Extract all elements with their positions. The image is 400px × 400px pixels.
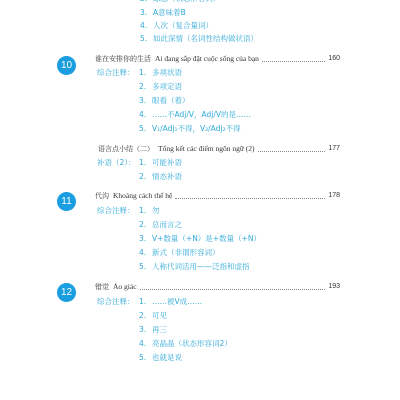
- page-number: 178: [328, 191, 340, 201]
- notes-label: 综合注释：: [97, 206, 135, 216]
- note-item: 1.多项状语: [139, 68, 182, 78]
- leader-dots: [140, 288, 326, 290]
- notes-label: 补语（2）：: [97, 158, 136, 168]
- prev-note-item: 5.如此深情（名词性结构做状语）: [140, 34, 258, 44]
- lesson-number-badge: 11: [57, 192, 76, 211]
- lesson-title-vi: Khoảng cách thế hệ: [113, 191, 172, 201]
- note-item: 3.V+数量（+N）是+数量（+N）: [139, 234, 261, 244]
- note-item: 4.新式（非谓形容词）: [139, 248, 220, 258]
- prev-note-item: 3.A意味着B: [140, 8, 186, 18]
- prev-note-item: 2.绿悠（状态形容词）: [140, 0, 221, 4]
- note-item: 1.……被V成……: [139, 297, 202, 307]
- lesson-title-vi: Ai đang sắp đặt cuộc sống của bạn: [155, 54, 259, 64]
- page-number: 193: [328, 282, 340, 292]
- lesson-title-zh: 代沟: [95, 191, 109, 201]
- toc-entry-lesson-10[interactable]: 谁在安排你的生活 Ai đang sắp đặt cuộc sống của b…: [95, 54, 340, 64]
- page-number: 160: [328, 54, 340, 64]
- note-item: 1.可能补语: [139, 158, 182, 168]
- lesson-title-zh: 谁在安排你的生活: [95, 54, 151, 64]
- lesson-title-vi: Ảo giác: [113, 282, 137, 292]
- note-item: 2.可见: [139, 311, 167, 321]
- lesson-title-zh: 错觉: [95, 282, 109, 292]
- summary-title-zh: 语言点小结（二）: [98, 144, 154, 154]
- note-item: 5.也就是说: [139, 353, 182, 363]
- lesson-number-badge: 12: [57, 283, 76, 302]
- note-item: 2.情态补语: [139, 172, 182, 182]
- lesson-number-badge: 10: [57, 56, 76, 75]
- note-item: 5.V₁/Adj₁不得，V₂/Adj₂不得: [139, 124, 241, 134]
- summary-title-vi: Tổng kết các điểm ngôn ngữ (2): [158, 144, 255, 154]
- leader-dots: [258, 150, 326, 152]
- leader-dots: [175, 197, 325, 199]
- toc-entry-lesson-12[interactable]: 错觉 Ảo giác 193: [95, 282, 340, 292]
- note-item: 4.……不Adj/V，Adj/V的是……: [139, 110, 251, 120]
- toc-entry-lesson-11[interactable]: 代沟 Khoảng cách thế hệ 178: [95, 191, 340, 201]
- notes-label: 综合注释：: [97, 297, 135, 307]
- toc-entry-summary-2[interactable]: 语言点小结（二） Tổng kết các điểm ngôn ngữ (2) …: [98, 144, 340, 154]
- note-item: 3.眼看（着）: [139, 96, 190, 106]
- note-item: 1.勿: [139, 206, 160, 216]
- page-number: 177: [328, 144, 340, 154]
- note-item: 2.多项定语: [139, 82, 182, 92]
- note-item: 2.总而言之: [139, 220, 182, 230]
- notes-label: 综合注释：: [97, 68, 135, 78]
- prev-note-item: 4.人次（复合量词）: [140, 21, 213, 31]
- note-item: 5.人称代词活用——泛指和虚指: [139, 262, 250, 272]
- note-item: 3.再三: [139, 325, 167, 335]
- leader-dots: [262, 60, 325, 62]
- note-item: 4.亮晶晶（状态形容词2）: [139, 339, 232, 349]
